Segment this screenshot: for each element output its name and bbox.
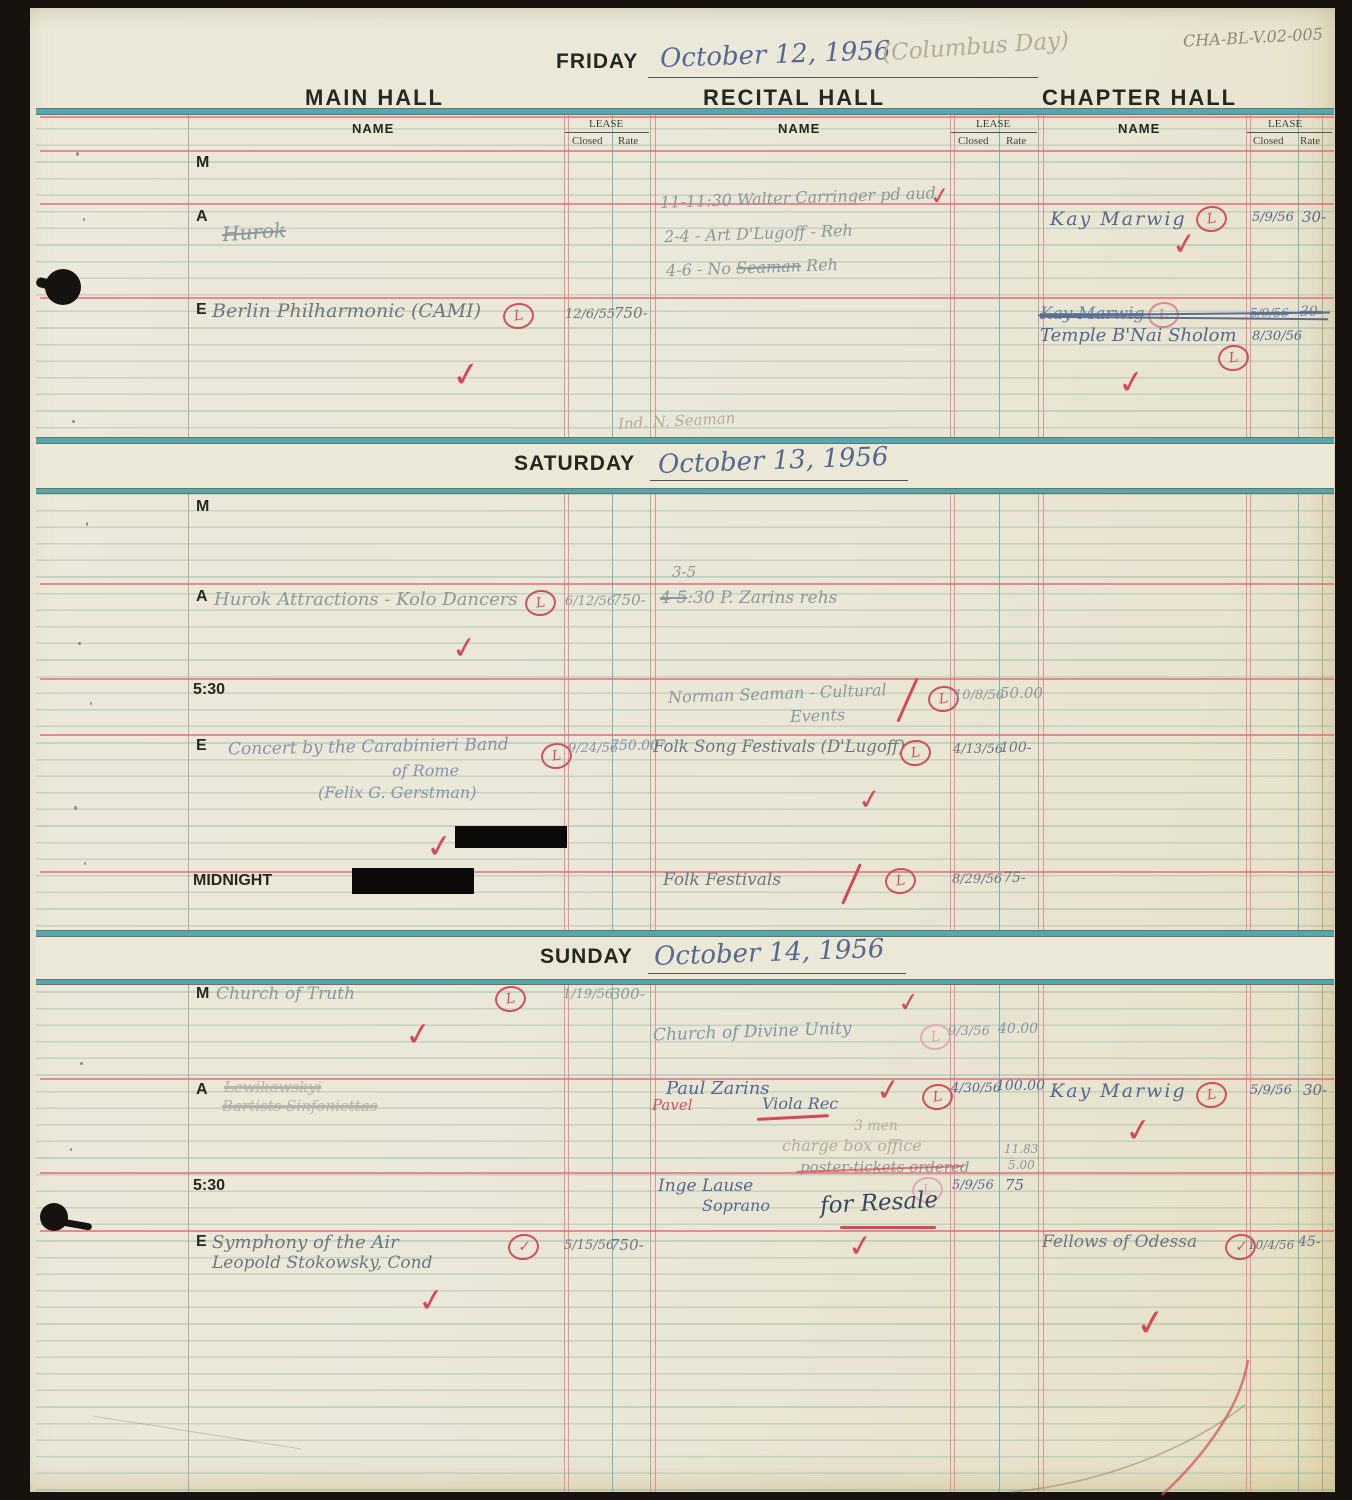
- check-mark: ✓: [1116, 364, 1147, 399]
- entry-sat-midnight: Folk Festivals: [663, 870, 781, 890]
- chapter-hall-header: CHAPTER HALL: [1042, 85, 1237, 111]
- closed-sat-recital-e: 4/13/56: [953, 742, 1003, 757]
- red-underline: [840, 1226, 936, 1229]
- sun-row-530-label: 5:30: [193, 1177, 225, 1195]
- speck: [86, 522, 88, 526]
- entry-sat-main-e-2: of Rome: [392, 761, 459, 780]
- entry-sun-recital-a-sub: Viola Rec: [762, 1094, 838, 1113]
- entry-text: 4-6 - No: [666, 259, 737, 280]
- main-hall-header: MAIN HALL: [305, 85, 444, 111]
- sunday-title: SUNDAY: [540, 945, 633, 969]
- closed-sat-midnight: 8/29/56: [952, 872, 1002, 887]
- entry-sat-recital-a-corr: 3-5: [672, 563, 696, 581]
- rate-sat-main-a: 750-: [612, 591, 646, 609]
- sat-row-midnight-label: MIDNIGHT: [193, 872, 272, 890]
- rate-header-main: Rate: [618, 135, 638, 147]
- rate-sat-main-e: 750.00: [610, 738, 659, 754]
- speck: [83, 218, 85, 221]
- friday-date-rule: [648, 77, 1038, 78]
- entry-sat-recital-a: 4-5:30 P. Zarins rehs: [660, 588, 837, 608]
- sun-row-a-label: A: [196, 1081, 208, 1099]
- recital-hall-header: RECITAL HALL: [703, 85, 885, 111]
- entry-text: Reh: [801, 255, 839, 275]
- closed-sun-recital-a: 4/30/56: [951, 1081, 1001, 1096]
- entry-sun-main-e-2: Leopold Stokowsky, Cond: [212, 1253, 432, 1273]
- struck-text: Seaman: [736, 256, 802, 277]
- closed-sat-main-a: 6/12/56: [565, 594, 615, 609]
- column-line: [1038, 113, 1039, 1492]
- name-header-chapter: NAME: [1118, 121, 1160, 136]
- sat-row-530-label: 5:30: [193, 681, 225, 699]
- friday-row-m-label: M: [196, 154, 209, 172]
- column-line: [950, 113, 951, 1492]
- sat-row-a-label: A: [196, 588, 208, 606]
- speck: [72, 420, 75, 423]
- entry-text: :30 P. Zarins rehs: [687, 588, 837, 608]
- redaction-box: [455, 826, 567, 848]
- rate-fri-main-e: 750-: [614, 304, 648, 322]
- hole-punch: [40, 1203, 68, 1231]
- row-line: [40, 1172, 1334, 1174]
- speck: [84, 862, 86, 865]
- column-line: [954, 113, 955, 1492]
- column-line: [188, 113, 189, 1492]
- check-mark: ✓: [856, 785, 883, 816]
- stray-red-stroke: [1000, 1350, 1300, 1500]
- speck: [76, 152, 79, 156]
- rate-sun-chapter-a: 30-: [1303, 1081, 1327, 1099]
- saturday-title: SATURDAY: [514, 452, 635, 476]
- entry-sat-main-a: Hurok Attractions - Kolo Dancers: [214, 589, 518, 610]
- row-line: [40, 116, 1334, 118]
- closed-fri-chapter-e: 8/30/56: [1252, 329, 1302, 344]
- sun-row-e-label: E: [196, 1233, 207, 1251]
- entry-sat-recital-e: Folk Song Festivals (D'Lugoff): [653, 737, 905, 756]
- struck-sun-main-a-1: Lewikowskyi: [224, 1078, 322, 1096]
- rate-sat-recital-e: 100-: [1000, 740, 1031, 756]
- closed-header-chapter: Closed: [1253, 135, 1284, 147]
- rate-sat-recital-530: 50.00: [1000, 684, 1043, 702]
- entry-sat-main-e-3: (Felix G. Gerstman): [318, 783, 476, 802]
- rate-sun-recital-a: 100.00: [996, 1078, 1045, 1094]
- entry-fri-main-a: Hurok: [221, 218, 287, 246]
- row-line: [40, 150, 1334, 152]
- closed-sat-recital-530: 10/8/56: [954, 688, 1004, 703]
- entry-sun-main-e-1: Symphony of the Air: [212, 1232, 399, 1253]
- entry-fri-chapter-a: Kay Marwig: [1050, 208, 1187, 230]
- column-line: [1246, 113, 1247, 1492]
- closed-sun-main-e: 5/15/56: [564, 1238, 614, 1253]
- entry-sun-main-m: Church of Truth: [216, 984, 355, 1004]
- closed-sun-recital-m: 9/3/56: [948, 1024, 990, 1039]
- rate-sun-chapter-e: 45-: [1298, 1234, 1321, 1250]
- amount-2: 5.00: [1008, 1158, 1035, 1172]
- entry-sun-recital-530: Inge Lause: [658, 1176, 753, 1196]
- sun-row-m-label: M: [196, 985, 209, 1003]
- speck: [74, 806, 77, 810]
- check-mark: ✓: [450, 632, 479, 665]
- friday-title: FRIDAY: [556, 50, 638, 74]
- note-charge-box-office: charge box office: [782, 1136, 922, 1155]
- row-line: [40, 583, 1334, 585]
- rate-header-chapter: Rate: [1300, 135, 1320, 147]
- row-line: [40, 678, 1334, 680]
- lease-header-main: LEASE: [589, 118, 623, 130]
- sat-row-e-label: E: [196, 737, 207, 755]
- closed-header-main: Closed: [572, 135, 603, 147]
- lease-rule-main: [565, 132, 649, 133]
- lease-rule-chapter: [1247, 132, 1332, 133]
- check-mark: ✓: [846, 1230, 875, 1263]
- amount-1: 11.83: [1004, 1142, 1038, 1156]
- friday-row-e-label: E: [196, 301, 207, 319]
- entry-sun-chapter-a: Kay Marwig: [1050, 1080, 1187, 1102]
- rate-fri-chapter-a: 30-: [1302, 208, 1326, 226]
- speck: [78, 642, 81, 645]
- closed-header-recital: Closed: [958, 135, 989, 147]
- section-separator: [36, 437, 1334, 444]
- lease-rule-recital: [951, 132, 1037, 133]
- rate-sat-midnight: 75-: [1003, 870, 1026, 886]
- check-mark: ✓: [450, 356, 483, 394]
- check-mark: ✓: [874, 1074, 903, 1107]
- ledger-scan: CHA-BL-V.02-005 FRIDAY October 12, 1956 …: [0, 0, 1352, 1500]
- speck: [70, 1148, 72, 1151]
- entry-sun-chapter-e: Fellows of Odessa: [1042, 1232, 1197, 1252]
- check-mark: ✓: [896, 989, 921, 1018]
- rate-header-recital: Rate: [1006, 135, 1026, 147]
- rate-sun-main-e: 750-: [610, 1236, 644, 1254]
- column-line: [999, 113, 1000, 1492]
- entry-sat-recital-530-2: Events: [790, 705, 846, 726]
- check-mark: ✓: [403, 1016, 434, 1051]
- note-3-men: 3 men: [854, 1118, 898, 1134]
- speck: [90, 702, 92, 705]
- redaction-box: [352, 868, 474, 894]
- closed-sun-chapter-e: 10/4/56: [1248, 1238, 1294, 1252]
- lease-header-chapter: LEASE: [1268, 118, 1302, 130]
- entry-sun-recital-530-sub: Soprano: [702, 1196, 770, 1215]
- section-separator: [36, 930, 1334, 937]
- check-mark: ✓: [1134, 1304, 1169, 1344]
- column-line: [650, 113, 651, 1492]
- name-header-recital: NAME: [778, 121, 820, 136]
- friday-row-a-label: A: [196, 208, 208, 226]
- closed-sun-recital-530: 5/9/56: [952, 1178, 994, 1193]
- closed-fri-main-e: 12/6/55: [565, 307, 615, 322]
- struck-text: 4-5: [660, 588, 687, 608]
- sat-row-m-label: M: [196, 498, 209, 516]
- check-mark: ✓: [416, 1282, 447, 1317]
- name-header-main: NAME: [352, 121, 394, 136]
- struck-sun-main-a-2: Bartists Sinfoniettas: [222, 1097, 378, 1115]
- entry-fri-main-e: Berlin Philharmonic (CAMI): [212, 300, 481, 322]
- sunday-date-rule: [648, 973, 906, 974]
- rate-sun-main-m: 300-: [611, 985, 645, 1003]
- lease-header-recital: LEASE: [976, 118, 1010, 130]
- closed-sun-chapter-a: 5/9/56: [1250, 1083, 1292, 1098]
- check-mark: ✓: [1170, 228, 1199, 261]
- closed-sun-main-m: 1/19/56: [563, 987, 613, 1002]
- check-mark: ✓: [424, 828, 455, 863]
- column-line: [655, 113, 656, 1492]
- saturday-date-rule: [650, 480, 908, 481]
- row-line: [40, 734, 1334, 736]
- check-mark: ✓: [1123, 1112, 1154, 1147]
- check-mark: ✓: [928, 183, 951, 210]
- closed-fri-chapter-a: 5/9/56: [1252, 210, 1294, 225]
- rate-sun-recital-530: 75: [1005, 1176, 1024, 1194]
- speck: [80, 1062, 83, 1065]
- section-separator: [36, 488, 1334, 494]
- note-pavel: Pavel: [652, 1096, 693, 1114]
- entry-fri-chapter-e: Temple B'Nai Sholom: [1040, 325, 1237, 346]
- row-line: [40, 297, 1334, 299]
- rate-sun-recital-m: 40.00: [998, 1021, 1038, 1037]
